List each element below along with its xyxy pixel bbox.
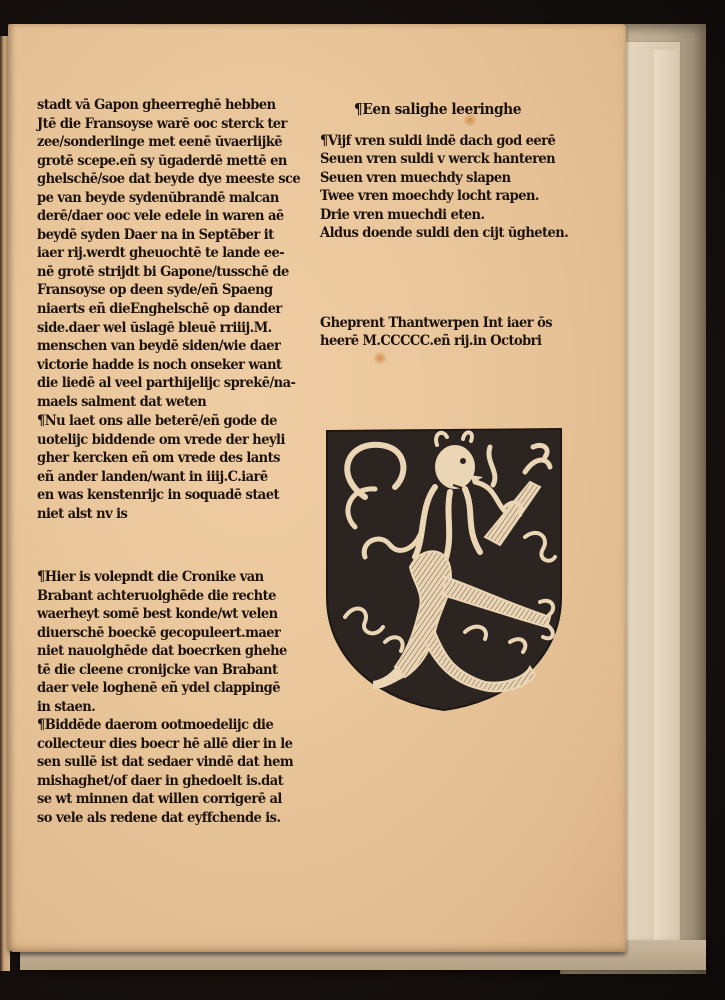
- text-line: niet nauolghēde dat boecrken ghehe: [37, 642, 287, 661]
- lion-rampant-icon: [325, 427, 563, 712]
- text-line: ¶Nu laet ons alle beterē/eñ gode de: [37, 412, 285, 431]
- verse-line: Drie vren muechdi eten.: [320, 206, 559, 224]
- text-line: maels salment dat weten: [37, 393, 300, 412]
- text-line: ghelschē/soe dat beyde dye meeste sce: [37, 170, 300, 189]
- foxing-stain: [373, 352, 387, 364]
- text-line: niaerts eñ dieEnghelschē op dander: [37, 300, 300, 319]
- text-line: ¶Hier is volepndt die Cronike van: [37, 568, 287, 587]
- paragraph-chronicle-battle: stadt vā Gapon gheerreghē hebben Jtē die…: [37, 96, 323, 411]
- verse-line: Seuen vren muechdy slapen: [320, 169, 559, 187]
- text-line: collecteur dies boecr hē allē dier in le: [37, 735, 293, 754]
- text-line: pe van beyde sydenŭbrandē malcan: [37, 189, 300, 208]
- flyleaf-inner-edge: [654, 50, 678, 940]
- colophon: Gheprent Thantwerpen Int iaer ōs heerē M…: [320, 314, 580, 351]
- paragraph-prayer-for-peace: ¶Nu laet ons alle beterē/eñ gode de uote…: [37, 412, 306, 523]
- text-line: beydē syden Daer na in Septēber it: [37, 226, 300, 245]
- text-line: iaer rij.werdt gheuochtē te lande ee-: [37, 244, 300, 263]
- verse-line: Twee vren moechdy locht rapen.: [320, 187, 559, 205]
- colophon-line: Gheprent Thantwerpen Int iaer ōs: [320, 314, 559, 332]
- text-line: daer vele loghenē eñ ydel clappingē: [37, 679, 287, 698]
- text-line: Jtē die Fransoyse warē ooc sterck ter: [37, 115, 300, 134]
- text-line: ¶Biddēde daerom ootmoedelijc die: [37, 716, 293, 735]
- text-line: die liedē al veel parthijelijc sprekē/na…: [37, 374, 300, 393]
- verse-line: ¶Vijf vren suldi indē dach god eerē: [320, 132, 559, 150]
- text-line: waerheyt somē best konde/wt velen: [37, 605, 287, 624]
- text-line: derē/daer ooc vele edele in waren aē: [37, 207, 300, 226]
- verse-line: Seuen vren suldi v werck hanteren: [320, 150, 559, 168]
- verse-heading: ¶Een salighe leeringhe: [354, 100, 521, 118]
- text-line: diuerschē boeckē gecopuleert.maer: [37, 624, 287, 643]
- text-line: in staen.: [37, 698, 287, 717]
- text-line: mishaghet/of daer in ghedoelt is.dat: [37, 772, 293, 791]
- text-line: nē grotē strijdt bi Gapone/tusschē de: [37, 263, 300, 282]
- brabant-lion-shield-woodcut: [325, 427, 563, 712]
- text-line: se wt minnen dat willen corrigerē al: [37, 790, 293, 809]
- text-line: Fransoyse op deen syde/eñ Spaeng: [37, 281, 300, 300]
- text-line: victorie hadde is noch onseker want: [37, 356, 300, 375]
- text-line: zee/sonderlinge met eenē ŭvaerlijkē: [37, 133, 300, 152]
- text-line: Brabant achteruolghēde die rechte: [37, 587, 287, 606]
- text-line: menschen van beydē siden/wie daer: [37, 337, 300, 356]
- text-line: en was kenstenrijc in soquadē staet: [37, 486, 285, 505]
- verse-block: ¶Vijf vren suldi indē dach god eerē Seue…: [320, 132, 580, 242]
- text-line: eñ ander landen/want in iiij.C.iarē: [37, 468, 285, 487]
- paragraph-chronicle-ending: ¶Hier is volepndt die Cronike van Braban…: [37, 568, 309, 716]
- text-line: uotelijc biddende om vrede der heyli: [37, 431, 285, 450]
- text-line: so vele als redene dat eyffchende is.: [37, 809, 293, 828]
- text-line: gher kercken eñ om vrede des lants: [37, 449, 285, 468]
- text-line: tē die cleene cronijcke van Brabant: [37, 661, 287, 680]
- paragraph-collector-request: ¶Biddēde daerom ootmoedelijc die collect…: [37, 716, 315, 827]
- text-line: grotē scepe.eñ sy ŭgaderdē mettē en: [37, 152, 300, 171]
- text-line: stadt vā Gapon gheerreghē hebben: [37, 96, 300, 115]
- text-line: side.daer wel ŭslagē bleuē rriiij.M.: [37, 319, 300, 338]
- verse-line: Aldus doende suldi den cijt ŭgheten.: [320, 224, 559, 242]
- text-line: sen sullē ist dat sedaer vindē dat hem: [37, 753, 293, 772]
- text-line: niet alst nv is: [37, 505, 285, 524]
- colophon-line: heerē M.CCCCC.eñ rij.in Octobri: [320, 332, 559, 350]
